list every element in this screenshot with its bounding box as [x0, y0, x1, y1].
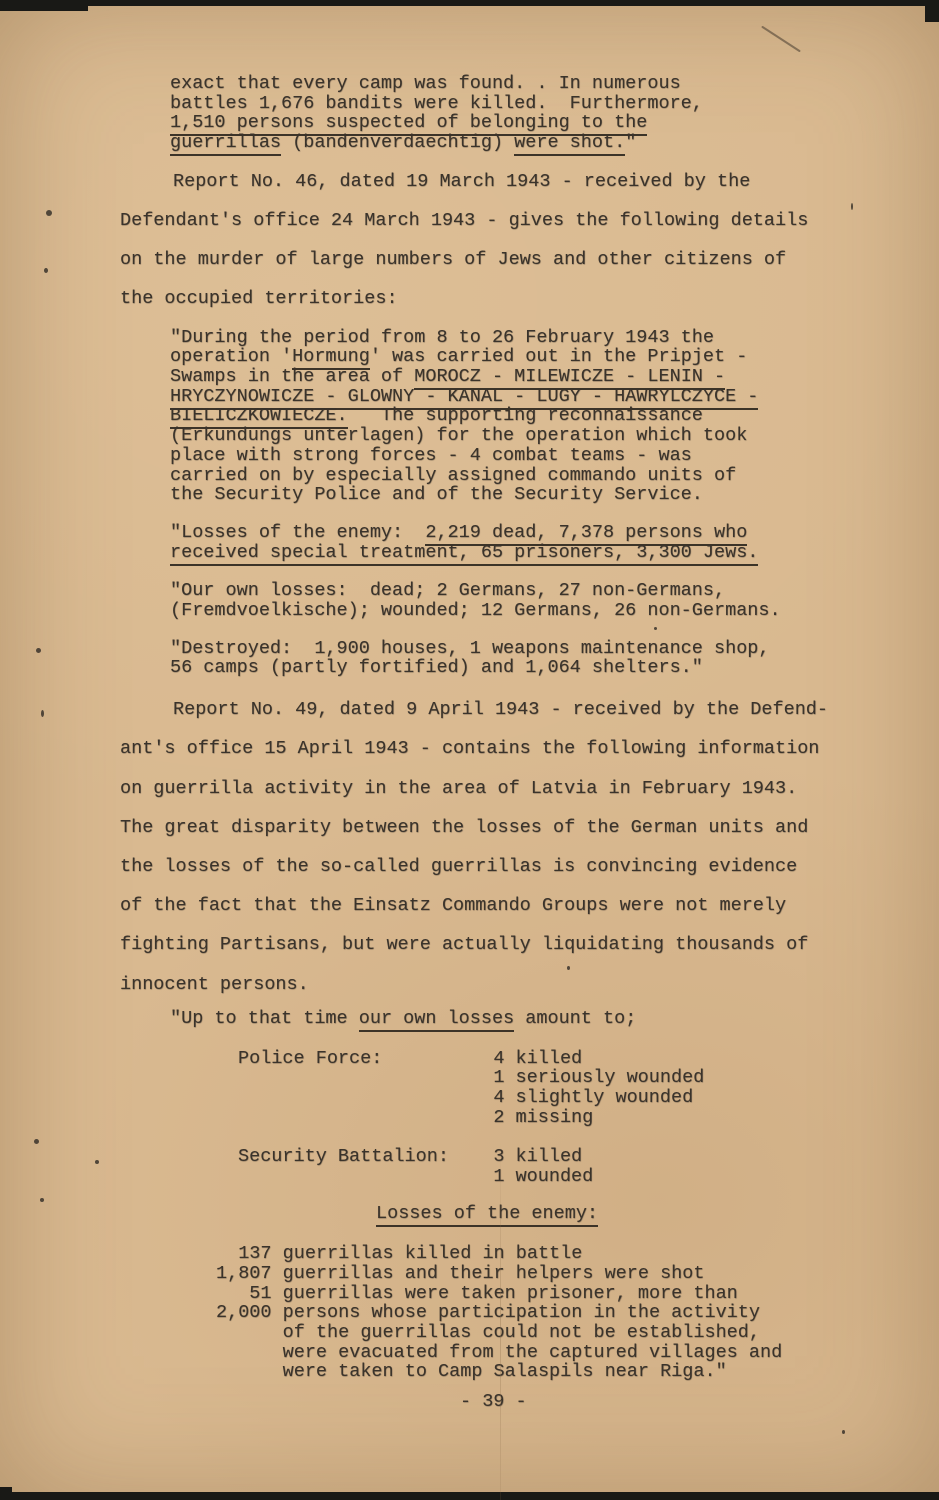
text-line: "During the period from 8 to 26 February… — [170, 328, 939, 348]
text-line: on guerrilla activity in the area of Lat… — [120, 769, 939, 808]
paper-speck — [34, 1139, 39, 1144]
text-line: 137 guerrillas killed in battle — [216, 1244, 939, 1264]
text-segment: 137 guerrillas killed in battle — [216, 1243, 582, 1264]
text-segment: "Our own losses: dead; 2 Germans, 27 non… — [170, 580, 725, 601]
underlined-text: received special treatment, 65 prisoners… — [170, 542, 758, 566]
text-segment: were taken to Camp Salaspils near Riga." — [216, 1361, 727, 1382]
document-body: exact that every camp was found. . In nu… — [0, 0, 939, 1382]
text-segment: Security Battalion: 3 killed — [238, 1146, 582, 1167]
text-segment: the occupied territories: — [120, 288, 398, 309]
text-line: Swamps in the area of MOROCZ - MILEWICZE… — [170, 367, 939, 387]
text-segment: of the fact that the Einsatz Commando Gr… — [120, 895, 786, 916]
text-line: the occupied territories: — [120, 279, 939, 318]
text-line: 51 guerrillas were taken prisoner, more … — [216, 1284, 939, 1304]
scan-border-top-left — [0, 0, 88, 11]
paper-speck — [654, 627, 657, 630]
text-segment: the losses of the so-called guerrillas i… — [120, 856, 797, 877]
scan-border-top-right — [925, 0, 939, 22]
text-line: "Our own losses: dead; 2 Germans, 27 non… — [170, 581, 939, 601]
text-line: Security Battalion: 3 killed — [238, 1147, 939, 1167]
text-line: operation 'Hormung' was carried out in t… — [170, 347, 939, 367]
text-line: HRYCZYNOWICZE - GLOWNY - KANAL - LUGY - … — [170, 387, 939, 407]
text-line: 1 wounded — [238, 1167, 939, 1187]
text-segment: The great disparity between the losses o… — [120, 817, 808, 838]
text-block-heading: Losses of the enemy: — [376, 1204, 939, 1224]
text-block-quote: "Our own losses: dead; 2 Germans, 27 non… — [170, 581, 939, 620]
text-segment: battles 1,676 bandits were killed. Furth… — [170, 93, 703, 114]
text-line: The great disparity between the losses o… — [120, 808, 939, 847]
paper-speck — [44, 268, 48, 273]
text-line: (Fremdvoelkische); wounded; 12 Germans, … — [170, 601, 939, 621]
text-line: fighting Partisans, but were actually li… — [120, 925, 939, 964]
scan-border-top — [0, 0, 939, 6]
text-segment: operation ' — [170, 346, 292, 367]
text-segment: of the guerrillas could not be establish… — [216, 1322, 760, 1343]
text-line: 2,000 persons whose participation in the… — [216, 1303, 939, 1323]
text-line: battles 1,676 bandits were killed. Furth… — [170, 94, 939, 114]
text-line: the losses of the so-called guerrillas i… — [120, 847, 939, 886]
text-segment: The supporting reconnaissance — [348, 405, 703, 426]
underlined-text: guerrillas — [170, 132, 281, 156]
text-line: the Security Police and of the Security … — [170, 485, 939, 505]
text-segment: ant's office 15 April 1943 - contains th… — [120, 738, 819, 759]
text-segment: Swamps in the area of — [170, 366, 414, 387]
text-line: 56 camps (partly fortified) and 1,064 sh… — [170, 658, 939, 678]
text-segment: carried on by especially assigned comman… — [170, 465, 736, 486]
text-segment: " — [625, 132, 636, 153]
paper-speck — [46, 210, 52, 216]
text-segment: fighting Partisans, but were actually li… — [120, 934, 808, 955]
text-block-table: Police Force: 4 killed 1 seriously wound… — [238, 1049, 939, 1187]
text-block-quote: "Losses of the enemy: 2,219 dead, 7,378 … — [170, 523, 939, 562]
text-line: ant's office 15 April 1943 - contains th… — [120, 729, 939, 768]
text-line: "Up to that time our own losses amount t… — [170, 1009, 939, 1029]
text-line: (Erkundungs unterlagen) for the operatio… — [170, 426, 939, 446]
paper-speck — [41, 710, 44, 717]
text-line — [238, 1127, 939, 1147]
text-line: "Destroyed: 1,900 houses, 1 weapons main… — [170, 639, 939, 659]
text-segment: on the murder of large numbers of Jews a… — [120, 249, 786, 270]
paper-speck — [842, 1430, 845, 1434]
underlined-text: our own losses — [359, 1008, 514, 1032]
text-line: of the fact that the Einsatz Commando Gr… — [120, 886, 939, 925]
text-segment — [238, 1126, 249, 1147]
text-segment: (Fremdvoelkische); wounded; 12 Germans, … — [170, 600, 781, 621]
page-number: - 39 - — [460, 1392, 527, 1412]
text-segment: innocent persons. — [120, 974, 309, 995]
paper-fold-crease — [500, 1140, 501, 1500]
paper-speck — [36, 648, 41, 653]
underlined-text: Losses of the enemy: — [376, 1203, 598, 1227]
scan-border-bottom-left — [0, 1487, 12, 1500]
text-segment: Police Force: 4 killed — [238, 1048, 582, 1069]
paper-speck — [567, 966, 570, 970]
text-segment: "Losses of the enemy: — [170, 522, 425, 543]
text-segment: "Destroyed: 1,900 houses, 1 weapons main… — [170, 638, 770, 659]
text-segment: 51 guerrillas were taken prisoner, more … — [216, 1283, 738, 1304]
text-line: 1,510 persons suspected of belonging to … — [170, 113, 939, 133]
text-line: Losses of the enemy: — [376, 1204, 939, 1224]
text-segment: "Up to that time — [170, 1008, 359, 1029]
scanned-document-page: exact that every camp was found. . In nu… — [0, 0, 939, 1500]
text-segment: 1 seriously wounded — [238, 1067, 704, 1088]
text-segment: Report No. 46, dated 19 March 1943 - rec… — [173, 171, 750, 192]
text-block-para: Report No. 46, dated 19 March 1943 - rec… — [120, 162, 939, 319]
scan-border-bottom — [0, 1492, 939, 1500]
text-segment: 2,000 persons whose participation in the… — [216, 1302, 760, 1323]
text-line: Defendant's office 24 March 1943 - gives… — [120, 201, 939, 240]
text-line: guerrillas (bandenverdaechtig) were shot… — [170, 133, 939, 153]
text-line: BIELICZKOWIECZE. The supporting reconnai… — [170, 406, 939, 426]
text-segment: 56 camps (partly fortified) and 1,064 sh… — [170, 657, 703, 678]
text-segment: Defendant's office 24 March 1943 - gives… — [120, 210, 808, 231]
underlined-text: were shot. — [514, 132, 625, 156]
text-segment: amount to; — [514, 1008, 636, 1029]
text-line: 1,807 guerrillas and their helpers were … — [216, 1264, 939, 1284]
paper-speck — [40, 1198, 44, 1202]
text-line: Police Force: 4 killed — [238, 1049, 939, 1069]
text-block-quote: exact that every camp was found. . In nu… — [170, 74, 939, 153]
text-block-quote: "Destroyed: 1,900 houses, 1 weapons main… — [170, 639, 939, 678]
text-line: of the guerrillas could not be establish… — [216, 1323, 939, 1343]
text-line: on the murder of large numbers of Jews a… — [120, 240, 939, 279]
text-line: Report No. 46, dated 19 March 1943 - rec… — [173, 162, 939, 201]
text-line: Report No. 49, dated 9 April 1943 - rece… — [173, 690, 939, 729]
text-line: were taken to Camp Salaspils near Riga." — [216, 1362, 939, 1382]
text-block-list: 137 guerrillas killed in battle1,807 gue… — [216, 1244, 939, 1382]
text-segment: Report No. 49, dated 9 April 1943 - rece… — [173, 699, 828, 720]
paper-speck — [851, 203, 853, 210]
text-block-para: Report No. 49, dated 9 April 1943 - rece… — [120, 690, 939, 1004]
text-segment: place with strong forces - 4 combat team… — [170, 445, 692, 466]
text-line: carried on by especially assigned comman… — [170, 466, 939, 486]
text-segment: 1 wounded — [238, 1166, 593, 1187]
text-block-quote: "Up to that time our own losses amount t… — [170, 1009, 939, 1029]
text-segment: ' was carried out in the Pripjet - — [370, 346, 747, 367]
text-line: 2 missing — [238, 1108, 939, 1128]
text-line: innocent persons. — [120, 965, 939, 1004]
text-segment: the Security Police and of the Security … — [170, 484, 703, 505]
text-segment: (bandenverdaechtig) — [281, 132, 514, 153]
text-line: 4 slightly wounded — [238, 1088, 939, 1108]
text-segment: (Erkundungs unterlagen) for the operatio… — [170, 425, 747, 446]
text-segment: 2 missing — [238, 1107, 593, 1128]
text-line: exact that every camp was found. . In nu… — [170, 74, 939, 94]
text-segment: 1,807 guerrillas and their helpers were … — [216, 1263, 704, 1284]
text-line: 1 seriously wounded — [238, 1068, 939, 1088]
text-line: received special treatment, 65 prisoners… — [170, 543, 939, 563]
text-line: place with strong forces - 4 combat team… — [170, 446, 939, 466]
text-line: were evacuated from the captured village… — [216, 1343, 939, 1363]
text-segment: "During the period from 8 to 26 February… — [170, 327, 714, 348]
text-segment: on guerrilla activity in the area of Lat… — [120, 778, 797, 799]
paper-speck — [95, 1160, 99, 1164]
text-line: "Losses of the enemy: 2,219 dead, 7,378 … — [170, 523, 939, 543]
text-segment: 4 slightly wounded — [238, 1087, 693, 1108]
text-block-quote: "During the period from 8 to 26 February… — [170, 328, 939, 505]
text-segment: exact that every camp was found. . In nu… — [170, 73, 681, 94]
